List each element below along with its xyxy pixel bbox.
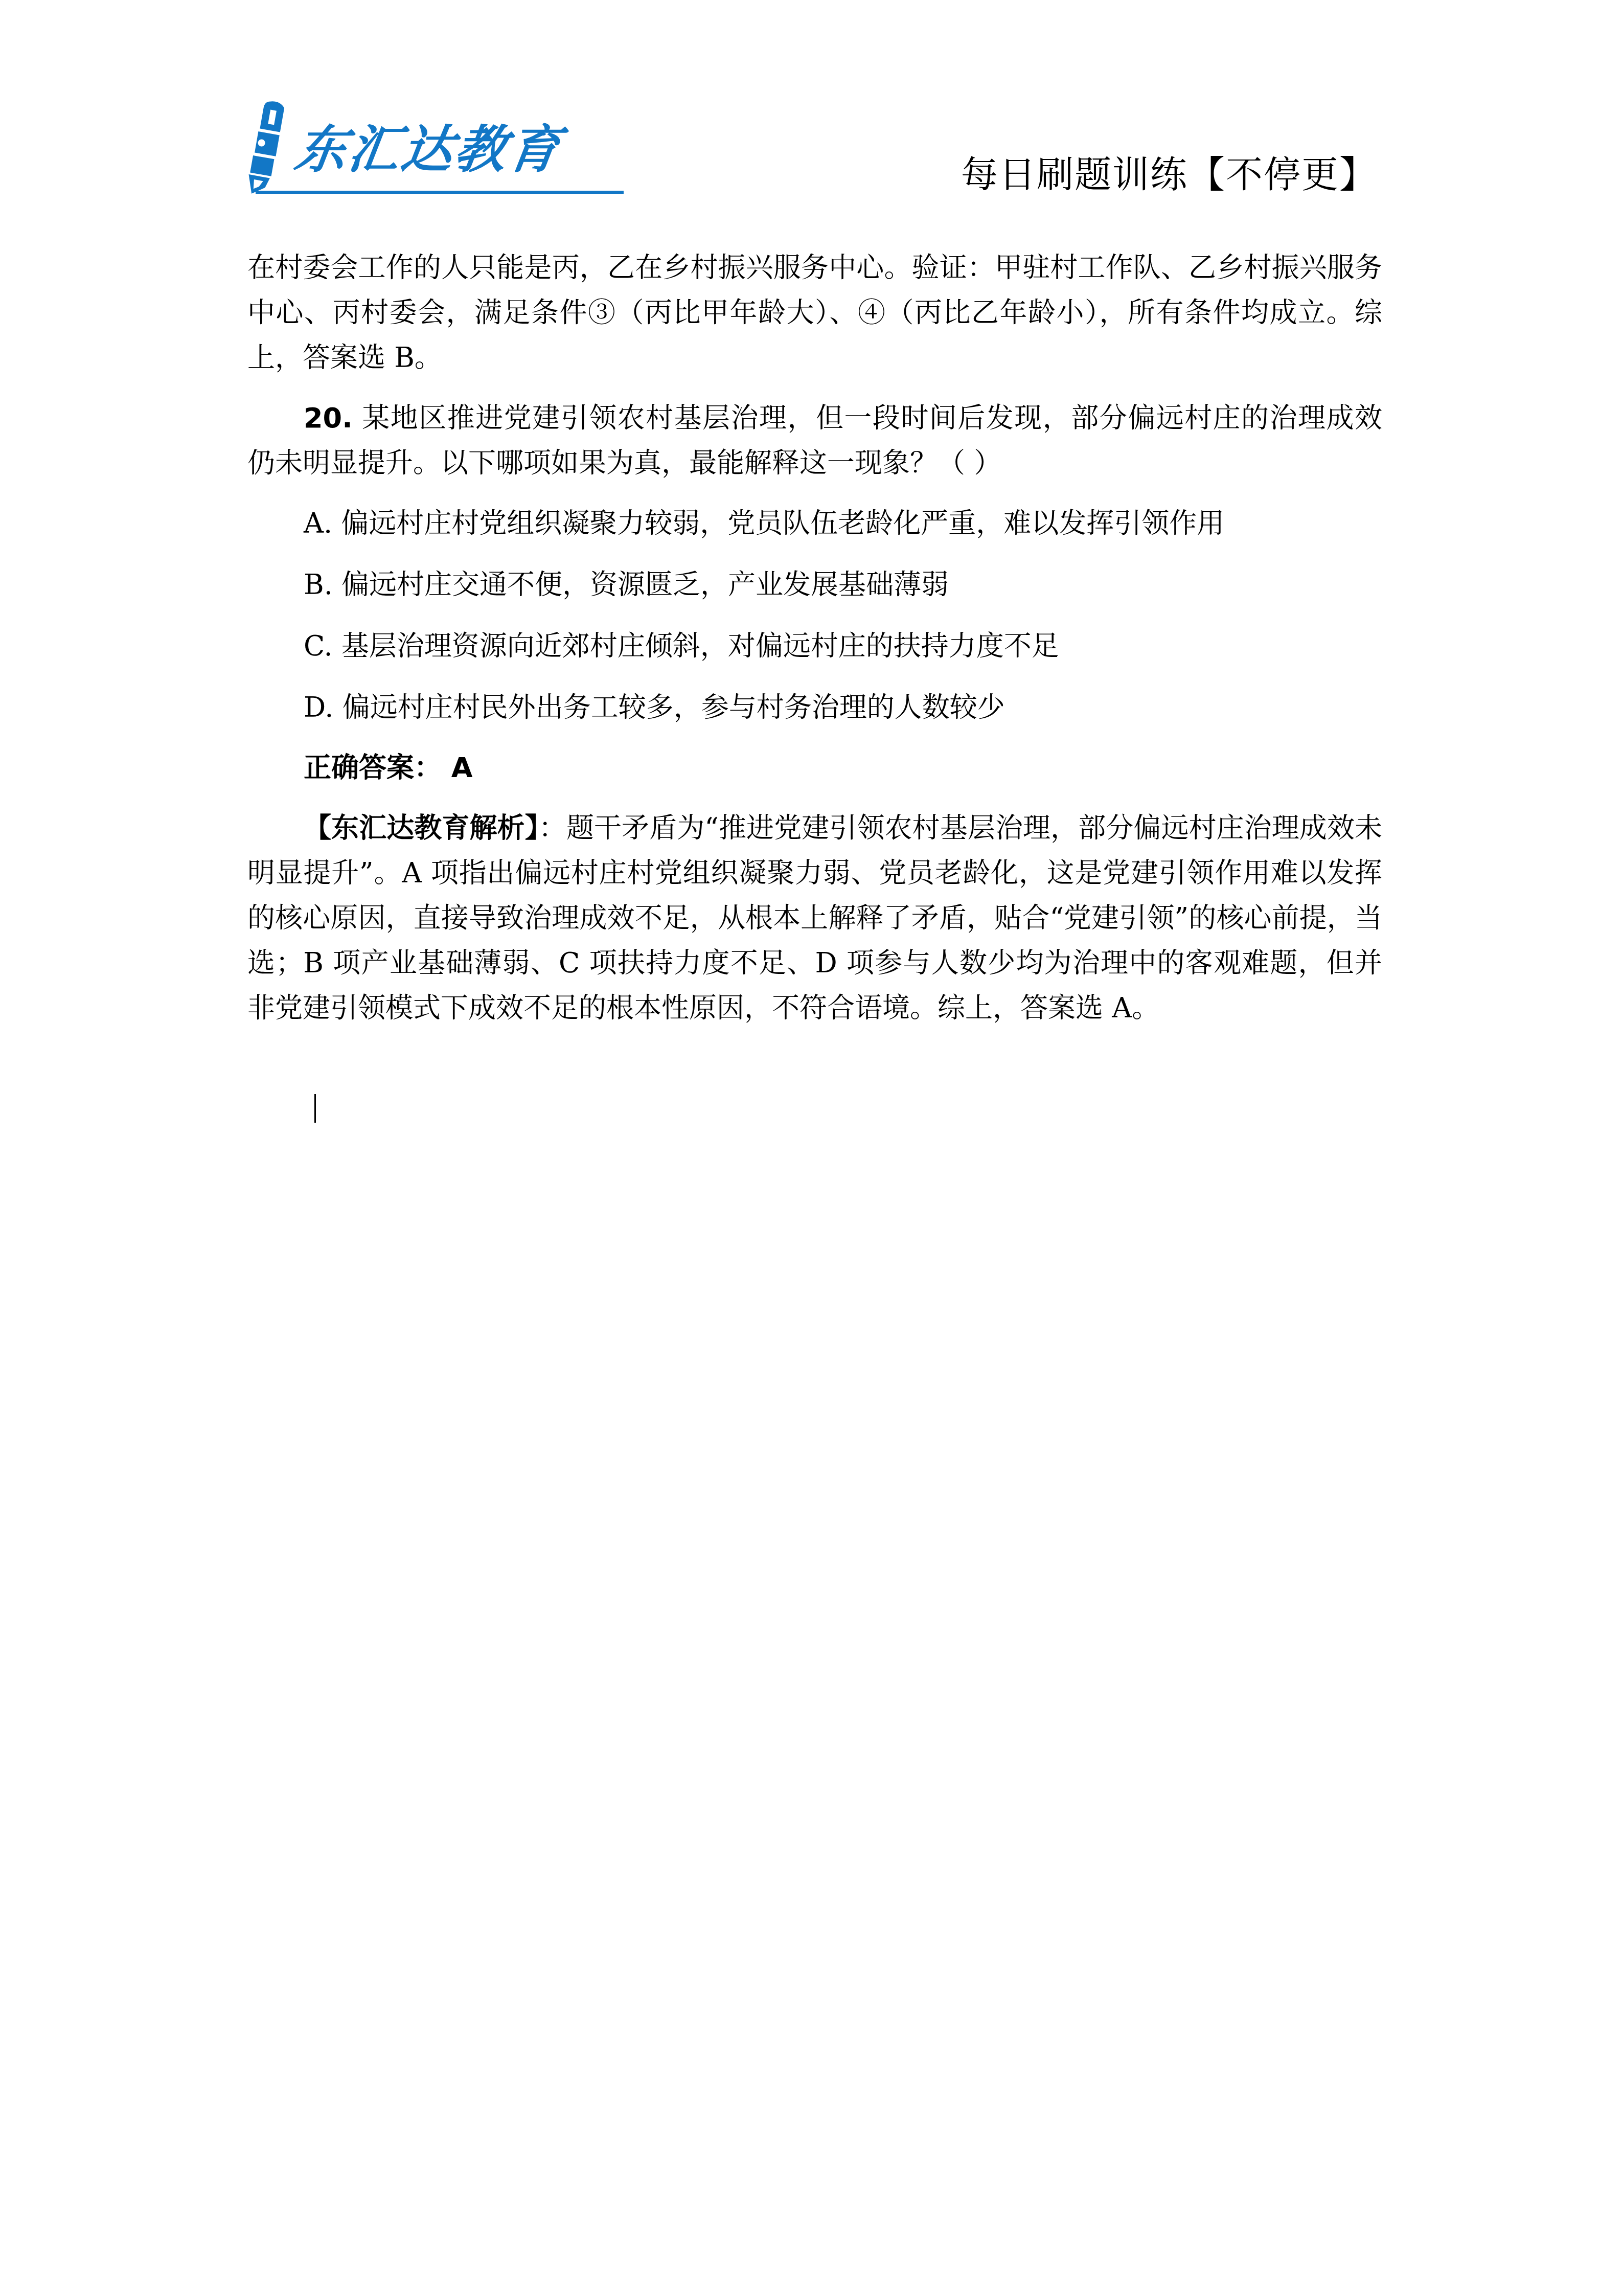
answer-value: A [451,752,473,784]
document-body: 在村委会工作的人只能是丙，乙在乡村振兴服务中心。验证：甲驻村工作队、乙乡村振兴服… [247,245,1382,1031]
option-c-text: 基层治理资源向近郊村庄倾斜，对偏远村庄的扶持力度不足 [341,630,1059,662]
analysis-label: 【东汇达教育解析】 [304,812,539,844]
option-d-label: D. [304,691,334,723]
answer-label: 正确答案： [304,752,442,784]
question-number: 20. [304,402,353,434]
previous-analysis-continuation: 在村委会工作的人只能是丙，乙在乡村振兴服务中心。验证：甲驻村工作队、乙乡村振兴服… [247,245,1382,380]
option-d-text: 偏远村庄村民外出务工较多，参与村务治理的人数较少 [342,691,1005,723]
option-b-text: 偏远村庄交通不便，资源匮乏，产业发展基础薄弱 [341,569,949,601]
option-c-label: C. [304,630,333,662]
pencil-icon [245,100,291,197]
brand-logo: 东汇达教育 [245,100,634,197]
logo-underline [256,191,624,194]
question-stem: 20. 某地区推进党建引领农村基层治理，但一段时间后发现，部分偏远村庄的治理成效… [247,396,1382,486]
correct-answer: 正确答案： A [247,745,1382,790]
option-a-label: A. [304,507,332,539]
option-a: A. 偏远村庄村党组织凝聚力较弱，党员队伍老龄化严重，难以发挥引领作用 [247,501,1382,546]
question-stem-text: 某地区推进党建引领农村基层治理，但一段时间后发现，部分偏远村庄的治理成效仍未明显… [247,402,1382,479]
option-b: B. 偏远村庄交通不便，资源匮乏，产业发展基础薄弱 [247,562,1382,607]
option-a-text: 偏远村庄村党组织凝聚力较弱，党员队伍老龄化严重，难以发挥引领作用 [341,507,1224,539]
document-page: 东汇达教育 每日刷题训练【不停更】 在村委会工作的人只能是丙，乙在乡村振兴服务中… [0,0,1623,2296]
logo-text: 东汇达教育 [292,124,565,175]
option-b-label: B. [304,569,333,601]
text-cursor[interactable] [314,1094,316,1123]
option-d: D. 偏远村庄村民外出务工较多，参与村务治理的人数较少 [247,685,1382,730]
header-title: 每日刷题训练【不停更】 [961,156,1377,193]
option-c: C. 基层治理资源向近郊村庄倾斜，对偏远村庄的扶持力度不足 [247,624,1382,669]
analysis: 【东汇达教育解析】：题干矛盾为“推进党建引领农村基层治理，部分偏远村庄治理成效未… [247,806,1382,1031]
